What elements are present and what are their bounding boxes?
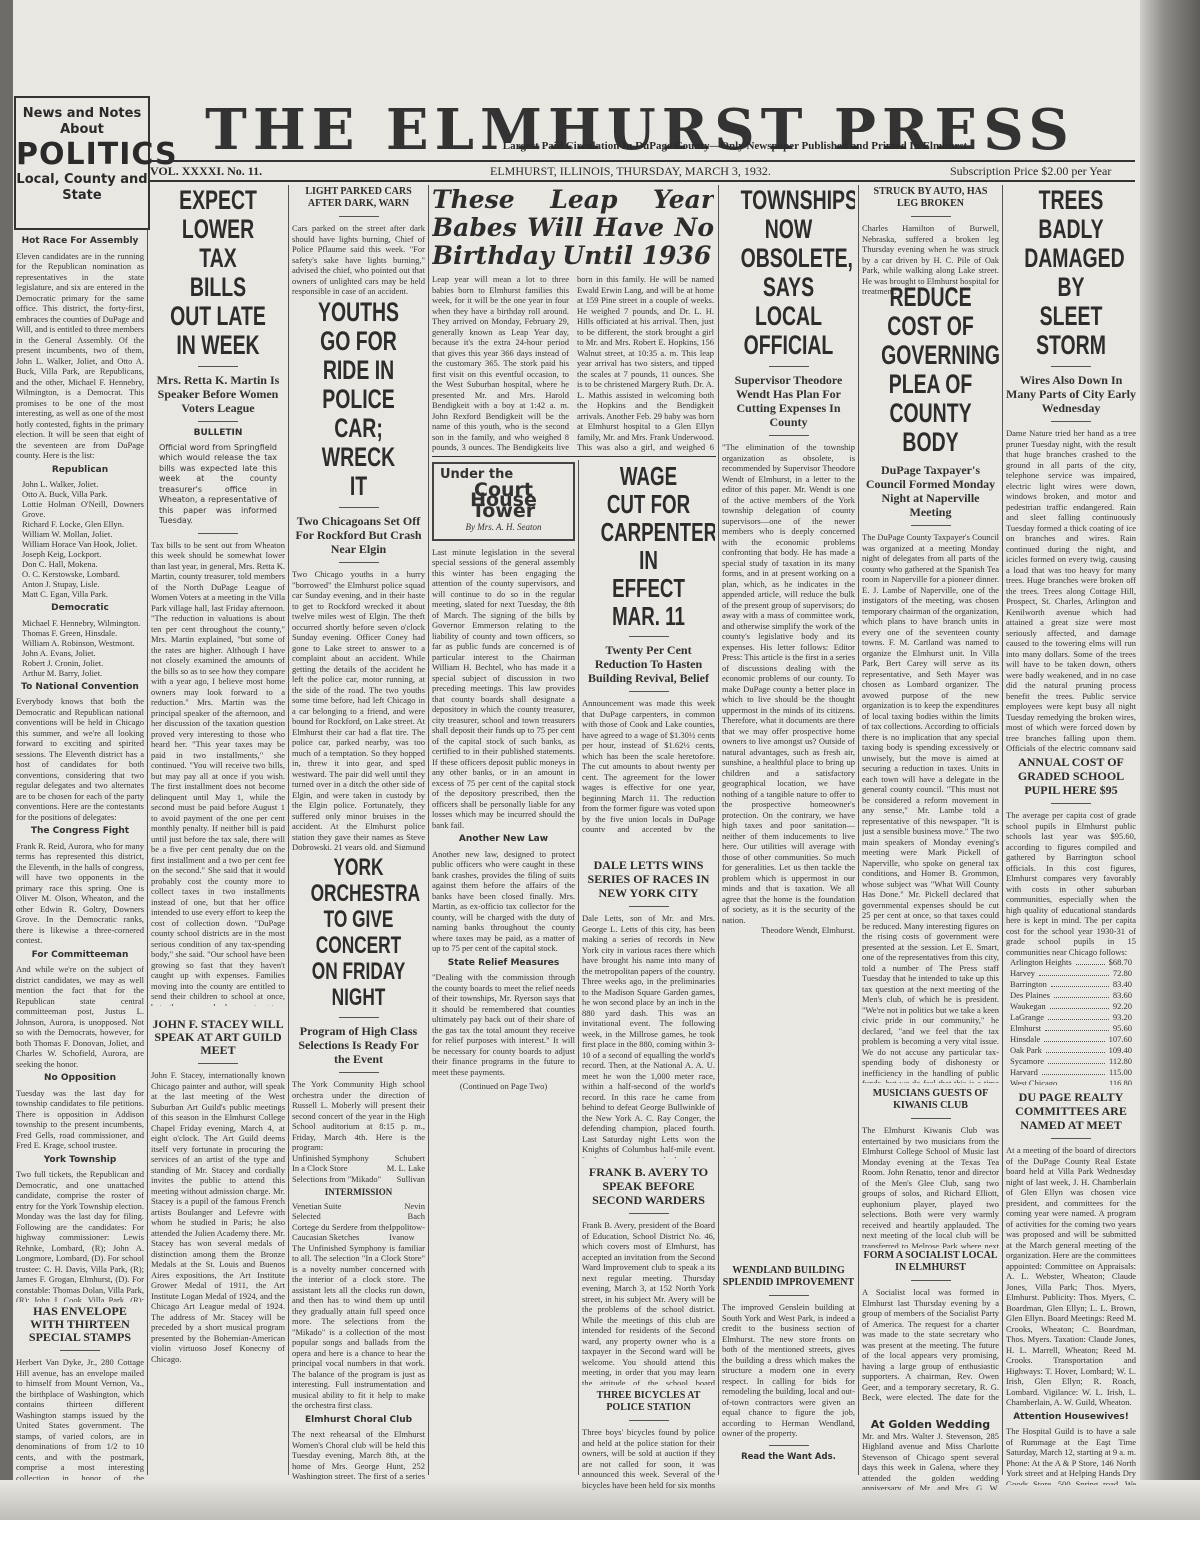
program-item: SelectedBach <box>292 1211 425 1222</box>
program-item: Cortege du Serdere from the Caucasian Sk… <box>292 1222 425 1243</box>
article-bicycles: THREE BICYCLES AT POLICE STATION Three b… <box>582 1390 715 1490</box>
deck: Two Chicagoans Set Off For Rockford But … <box>292 514 425 556</box>
program-item: In a Clock StoreM. L. Lake <box>292 1163 425 1174</box>
article-wendland: WENDLAND BUILDING SPLENDID IMPROVEMENT T… <box>722 1265 855 1485</box>
article-body-3: "Dealing with the commission through the… <box>432 972 575 1077</box>
divider <box>198 533 238 534</box>
want-ads-note[interactable]: Read the Want Ads. <box>722 1452 855 1463</box>
divider <box>911 1118 951 1119</box>
candidate-list-item: Thomas F. Green, Hinsdale. <box>16 628 144 638</box>
section-text: Two full tickets, the Republican and Dem… <box>16 1169 144 1302</box>
article-socialist: FORM A SOCIALIST LOCAL IN ELMHURST A Soc… <box>862 1250 999 1405</box>
article-dale-letts: DALE LETTS WINS SERIES OF RACES IN NEW Y… <box>582 858 715 1158</box>
article-body: Last minute legislation in the several s… <box>432 547 575 831</box>
divider <box>629 636 669 637</box>
divider <box>629 1213 669 1214</box>
bulletin-title: BULLETIN <box>151 428 285 439</box>
section-subhead: For Committeeman <box>16 950 144 961</box>
divider <box>629 1420 669 1421</box>
politics-box-title: POLITICS <box>16 138 148 172</box>
housewives-body: The Hospital Guild is to have a sale of … <box>1006 1426 1136 1485</box>
article-body: Leap year will mean a lot to three babie… <box>432 274 714 454</box>
box-line-3: Tower <box>440 506 567 517</box>
candidate-list-item: Arthur M. Barry, Joliet. <box>16 668 144 678</box>
politics-box-intro: News and Notes About <box>16 106 148 138</box>
cost-table: Arlington Heights$68.70Harvey72.80Barrin… <box>1006 957 1136 1085</box>
deck: Wires Also Down In Many Parts of City Ea… <box>1006 373 1136 415</box>
politics-box: News and Notes About POLITICS Local, Cou… <box>14 96 150 230</box>
divider <box>1051 1138 1091 1139</box>
candidate-list-item: William W. Mollan, Joliet. <box>16 529 144 539</box>
column-divider <box>858 185 859 1475</box>
cost-row: West Chicago116.80 <box>1006 1078 1136 1085</box>
column-divider <box>288 185 289 1475</box>
headline: LIGHT PARKED CARS AFTER DARK, WARN <box>292 186 425 210</box>
article-body: A Socialist local was formed in Elmhurst… <box>862 1287 999 1405</box>
choral-body: The next rehearsal of the Elmhurst Women… <box>292 1429 425 1480</box>
divider <box>911 1280 951 1281</box>
divider <box>60 1350 100 1351</box>
subscription-price: Subscription Price $2.00 per Year <box>950 164 1111 179</box>
section-text: Frank R. Reid, Aurora, who for many term… <box>16 841 144 946</box>
article-body: Announcement was made this week that DuP… <box>582 698 715 832</box>
divider <box>339 1072 379 1073</box>
article-body: John F. Stacey, internationally known Ch… <box>151 1070 285 1364</box>
cost-row: Waukegan92.20 <box>1006 1001 1136 1012</box>
divider <box>769 1445 809 1446</box>
article-body: The Unfinished Symphony is familiar to a… <box>292 1243 425 1411</box>
section-text: And while we're on the subject of distri… <box>16 964 144 1069</box>
program-item: Selections from "Mikado"Sullivan <box>292 1174 425 1185</box>
headline: STRUCK BY AUTO, HAS LEG BROKEN <box>862 186 999 210</box>
headline: YORK ORCHESTRA TO GIVE CONCERT ON FRIDAY… <box>311 855 407 1011</box>
article-body: Frank B. Avery, president of the Board o… <box>582 1220 715 1385</box>
newspaper-page: News and Notes About POLITICS Local, Cou… <box>0 0 1200 1520</box>
cost-row: Harvard115.00 <box>1006 1067 1136 1078</box>
article-body: Dale Letts, son of Mr. and Mrs. George L… <box>582 913 715 1158</box>
candidate-list-item: Anton J. Stupay, Lisle. <box>16 579 144 589</box>
section-subhead: Hot Race For Assembly <box>16 236 144 247</box>
headline: REDUCE COST OF GOVERNING, PLEA OF COUNTY… <box>881 283 980 457</box>
cost-row: Hinsdale107.60 <box>1006 1034 1136 1045</box>
cost-row: Sycamore112.80 <box>1006 1056 1136 1067</box>
deck: Twenty Per Cent Reduction To Hasten Buil… <box>582 643 715 685</box>
article-trees: TREES BADLY DAMAGED BY SLEET STORM Wires… <box>1006 186 1136 751</box>
cost-row: Arlington Heights$68.70 <box>1006 957 1136 968</box>
headline: WAGE CUT FOR CARPENTERS IN EFFECT MAR. 1… <box>601 462 697 630</box>
article-orchestra: YORK ORCHESTRA TO GIVE CONCERT ON FRIDAY… <box>292 855 425 1480</box>
candidate-list-item: Richard F. Locke, Glen Ellyn. <box>16 519 144 529</box>
headline: FRANK B. AVERY TO SPEAK BEFORE SECOND WA… <box>582 1165 715 1207</box>
politics-box-subtitle: Local, County and State <box>16 172 148 204</box>
section-subhead: Democratic <box>16 603 144 614</box>
section-subhead: Republican <box>16 465 144 476</box>
divider <box>198 421 238 422</box>
article-body: The Elmhurst Kiwanis Club was entertaine… <box>862 1125 999 1248</box>
headline: FORM A SOCIALIST LOCAL IN ELMHURST <box>862 1250 999 1274</box>
divider <box>339 216 379 217</box>
article-envelope: HAS ENVELOPE WITH THIRTEEN SPECIAL STAMP… <box>16 1305 144 1480</box>
section-subhead: No Opposition <box>16 1073 144 1084</box>
divider <box>198 1063 238 1064</box>
section-text: Everybody knows that both the Democratic… <box>16 696 144 822</box>
masthead-rule <box>150 160 1135 162</box>
cost-row: Oak Park109.40 <box>1006 1045 1136 1056</box>
article-body: The improved Genslein building at South … <box>722 1302 855 1439</box>
candidate-list-item: O. C. Kerstowske, Lombard. <box>16 569 144 579</box>
article-body: Mr. and Mrs. Walter J. Stevenson, 285 Hi… <box>862 1431 999 1491</box>
article-body: At a meeting of the board of directors o… <box>1006 1145 1136 1408</box>
candidate-list-item: John L. Walker, Joliet. <box>16 479 144 489</box>
section-text: Eleven candidates are in the running for… <box>16 251 144 461</box>
cost-row: Harvey72.80 <box>1006 968 1136 979</box>
article-body: Two Chicago youths in a hurry "borrowed"… <box>292 569 425 850</box>
deck: Supervisor Theodore Wendt Has Plan For C… <box>722 373 855 429</box>
divider <box>432 456 716 457</box>
article-body: Cars parked on the street after dark sho… <box>292 223 425 297</box>
headline: These Leap Year Babes Will Have No Birth… <box>432 186 714 270</box>
column-divider <box>147 230 148 1475</box>
deck: Program of High Class Selections Is Read… <box>292 1024 425 1066</box>
divider <box>911 525 951 526</box>
bulletin-text: Official word from Springfield which wou… <box>151 443 285 527</box>
candidate-list-item: Joseph Keig, Lockport. <box>16 549 144 559</box>
candidate-list-item: William A. Robinson, Westmont. <box>16 638 144 648</box>
orchestra-intro: The York Community High school orchestra… <box>292 1079 425 1153</box>
program-list-2: Venetian SuiteNevinSelectedBachCortege d… <box>292 1201 425 1243</box>
article-school-cost: ANNUAL COST OF GRADED SCHOOL PUPIL HERE … <box>1006 755 1136 1085</box>
article-youths: YOUTHS GO FOR RIDE IN POLICE CAR; WRECK … <box>292 298 425 850</box>
divider <box>339 1017 379 1018</box>
section-subhead: The Congress Fight <box>16 826 144 837</box>
divider <box>769 435 809 436</box>
article-body: "The elimination of the township organiz… <box>722 442 855 925</box>
headline: DALE LETTS WINS SERIES OF RACES IN NEW Y… <box>582 858 715 900</box>
article-reduce-cost: REDUCE COST OF GOVERNING, PLEA OF COUNTY… <box>862 283 999 1083</box>
divider <box>339 562 379 563</box>
article-leap-year: These Leap Year Babes Will Have No Birth… <box>432 186 714 454</box>
article-body: The average per capita cost of grade sch… <box>1006 810 1136 957</box>
article-kiwanis: MUSICIANS GUESTS OF KIWANIS CLUB The Elm… <box>862 1088 999 1248</box>
column-divider <box>428 185 429 1475</box>
court-house-box: Under the Court House Tower By Mrs. A. H… <box>432 462 575 541</box>
article-tax-bills: EXPECT LOWER TAX BILLS OUT LATE IN WEEK … <box>151 186 285 1006</box>
scan-edge-right <box>1140 0 1200 1520</box>
masthead-tagline: Largest Paid Circulation In DuPage Count… <box>410 140 1060 152</box>
column-divider <box>1002 185 1003 1475</box>
article-wage-cut: WAGE CUT FOR CARPENTERS IN EFFECT MAR. 1… <box>582 462 715 832</box>
candidate-list-item: Robert J. Cronin, Joliet. <box>16 658 144 668</box>
program-item: Venetian SuiteNevin <box>292 1201 425 1212</box>
headline: MUSICIANS GUESTS OF KIWANIS CLUB <box>862 1088 999 1112</box>
headline: TREES BADLY DAMAGED BY SLEET STORM <box>1024 186 1118 360</box>
headline: EXPECT LOWER TAX BILLS OUT LATE IN WEEK <box>170 186 266 360</box>
article-body: Herbert Van Dyke, Jr., 280 Cottage Hill … <box>16 1357 144 1480</box>
article-body: Dame Nature tried her hand as a tree pru… <box>1006 428 1136 751</box>
article-court-house: Under the Court House Tower By Mrs. A. H… <box>432 462 575 1482</box>
article-golden-wedding: At Golden Wedding Mr. and Mrs. Walter J.… <box>862 1420 999 1490</box>
candidate-list-item: Michael F. Hennebry, Wilmington. <box>16 618 144 628</box>
divider <box>769 1295 809 1296</box>
article-avery: FRANK B. AVERY TO SPEAK BEFORE SECOND WA… <box>582 1165 715 1385</box>
section-subhead: To National Convention <box>16 682 144 693</box>
choral-subhead: Elmhurst Choral Club <box>292 1415 425 1426</box>
candidate-list-item: Matt C. Egan, Villa Park. <box>16 589 144 599</box>
divider <box>911 216 951 217</box>
politics-column: Hot Race For AssemblyEleven candidates a… <box>16 232 144 1302</box>
divider <box>339 507 379 508</box>
article-stacey: JOHN F. STACEY WILL SPEAK AT ART GUILD M… <box>151 1018 285 1478</box>
candidate-list-item: William Horace Van Hook, Joliet. <box>16 539 144 549</box>
subhead: State Relief Measures <box>432 958 575 969</box>
deck: DuPage Taxpayer's Council Formed Monday … <box>862 463 999 519</box>
article-body: Three boys' bicycles found by police and… <box>582 1427 715 1490</box>
headline: YOUTHS GO FOR RIDE IN POLICE CAR; WRECK … <box>311 298 407 501</box>
subhead: Attention Housewives! <box>1006 1412 1136 1423</box>
intermission-label: INTERMISSION <box>292 1187 425 1198</box>
cost-row: Elmhurst95.60 <box>1006 1023 1136 1034</box>
cost-row: LaGrange93.20 <box>1006 1012 1136 1023</box>
headline: ANNUAL COST OF GRADED SCHOOL PUPIL HERE … <box>1006 755 1136 797</box>
signature: Theodore Wendt, Elmhurst. <box>722 925 855 936</box>
divider <box>198 366 238 367</box>
deck: Mrs. Retta K. Martin Is Speaker Before W… <box>151 373 285 415</box>
cost-row: Des Plaines83.60 <box>1006 990 1136 1001</box>
headline: THREE BICYCLES AT POLICE STATION <box>582 1390 715 1414</box>
article-parked-cars: LIGHT PARKED CARS AFTER DARK, WARN Cars … <box>292 186 425 298</box>
column-divider <box>578 460 579 1475</box>
headline: DU PAGE REALTY COMMITTEES ARE NAMED AT M… <box>1006 1090 1136 1132</box>
headline: At Golden Wedding <box>862 1420 999 1431</box>
divider <box>1051 421 1091 422</box>
continued-note[interactable]: (Continued on Page Two) <box>432 1081 575 1092</box>
subhead: Another New Law <box>432 834 575 845</box>
section-text: Tuesday was the last day for township ca… <box>16 1088 144 1151</box>
article-body-2: Another new law, designed to protect pub… <box>432 849 575 954</box>
scan-edge-left <box>0 0 13 1520</box>
section-subhead: York Township <box>16 1155 144 1166</box>
candidate-list-item: John A. Evans, Joliet. <box>16 648 144 658</box>
cost-row: Barrington83.40 <box>1006 979 1136 990</box>
article-body: The DuPage County Taxpayer's Council was… <box>862 532 999 1083</box>
divider <box>629 691 669 692</box>
program-list: Unfinished SymphonySchubertIn a Clock St… <box>292 1153 425 1185</box>
divider <box>629 906 669 907</box>
column-divider <box>718 185 719 1475</box>
article-body: Tax bills to be sent out from Wheaton th… <box>151 540 285 1007</box>
headline: JOHN F. STACEY WILL SPEAK AT ART GUILD M… <box>151 1018 285 1057</box>
divider <box>1051 366 1091 367</box>
article-townships: TOWNSHIPS NOW OBSOLETE, SAYS LOCAL OFFIC… <box>722 186 855 1261</box>
dateline: ELMHURST, ILLINOIS, THURSDAY, MARCH 3, 1… <box>490 164 771 179</box>
divider <box>1051 803 1091 804</box>
candidate-list-item: Otto A. Buck, Villa Park. <box>16 489 144 499</box>
article-realty: DU PAGE REALTY COMMITTEES ARE NAMED AT M… <box>1006 1090 1136 1485</box>
candidate-list-item: Don C. Hall, Mokena. <box>16 559 144 569</box>
headline: WENDLAND BUILDING SPLENDID IMPROVEMENT <box>722 1265 855 1289</box>
divider <box>769 366 809 367</box>
byline: By Mrs. A. H. Seaton <box>440 522 567 533</box>
volume-number: VOL. XXXXI. No. 11. <box>150 164 262 179</box>
candidate-list-item: Lottie Holman O'Neill, Downers Grove. <box>16 499 144 519</box>
headline: HAS ENVELOPE WITH THIRTEEN SPECIAL STAMP… <box>16 1305 144 1344</box>
program-item: Unfinished SymphonySchubert <box>292 1153 425 1164</box>
dateline-rule <box>150 180 1135 182</box>
headline: TOWNSHIPS NOW OBSOLETE, SAYS LOCAL OFFIC… <box>741 186 837 360</box>
